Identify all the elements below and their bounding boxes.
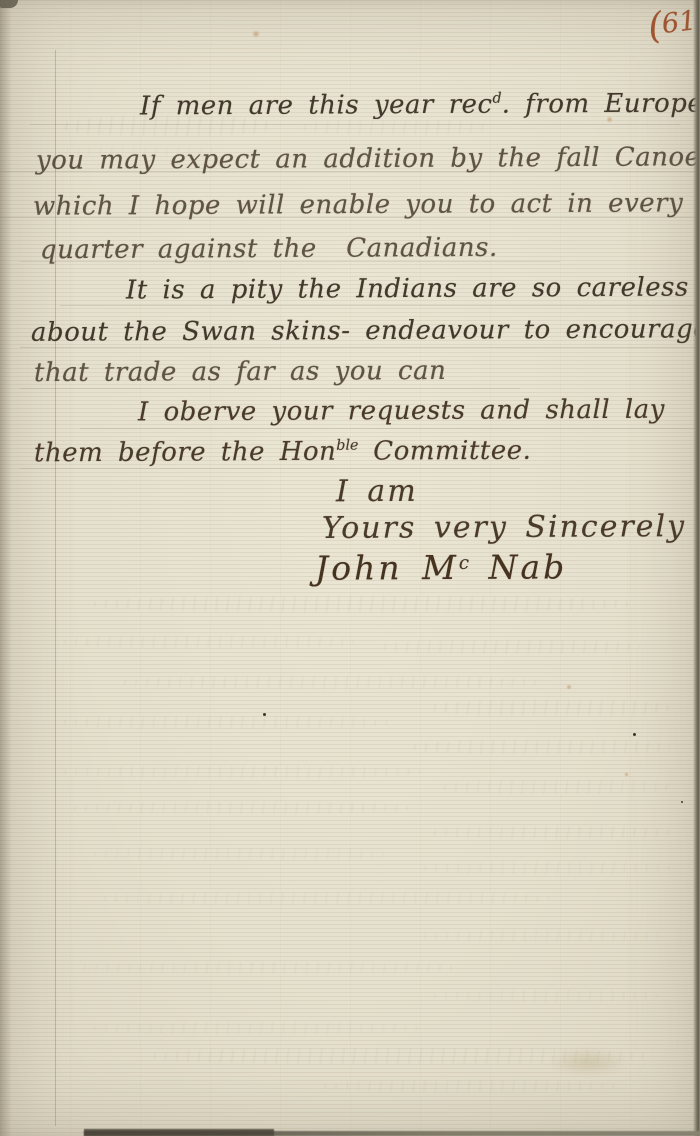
line-text: that trade as far as you can (34, 356, 446, 388)
line-text: John M (315, 548, 459, 588)
ink-bleedthrough (100, 892, 550, 905)
line-text: Yours very Sincerely (322, 509, 686, 546)
paper-smudge (548, 1048, 628, 1076)
closing-line: Yours very Sincerely (322, 512, 686, 544)
line-text: I am (336, 474, 418, 509)
page-edge-shadow-right (693, 0, 700, 1136)
ink-bleedthrough (60, 716, 390, 729)
page-edge-shadow-bottom-dark (84, 1129, 274, 1136)
baseline-rule (20, 468, 520, 469)
ink-bleedthrough (430, 826, 670, 839)
line-text: . from Europe (502, 89, 700, 120)
ink-bleedthrough (320, 1080, 620, 1092)
line-text: It is a pity the Indians are so careless (126, 273, 689, 306)
paper-speck (263, 713, 266, 716)
manuscript-page: (61 If men are this year recd. from Euro… (0, 0, 700, 1136)
ink-bleedthrough (410, 740, 670, 754)
line-text: about the Swan skins- endeavour to encou… (31, 314, 700, 348)
line-text: them before the Hon (34, 437, 336, 469)
ink-bleedthrough (60, 766, 420, 778)
line-text: quarter against the Canadians. (40, 233, 498, 265)
manuscript-line: It is a pity the Indians are so careless (126, 275, 689, 304)
foxing-spot (252, 30, 260, 38)
ink-bleedthrough (420, 930, 660, 942)
ink-bleedthrough (60, 636, 360, 648)
manuscript-line: quarter against the Canadians. (40, 235, 498, 263)
ink-bleedthrough (90, 848, 390, 860)
manuscript-line: that trade as far as you can (34, 358, 446, 386)
line-superscript: ble (336, 438, 358, 454)
paper-speck (633, 733, 636, 736)
manuscript-line: which I hope will enable you to act in e… (33, 190, 683, 219)
ink-bleedthrough (420, 862, 670, 874)
line-text: which I hope will enable you to act in e… (33, 188, 683, 221)
ink-bleedthrough (430, 990, 660, 1002)
line-superscript: d (492, 91, 501, 107)
paper-speck (681, 801, 683, 803)
ink-bleedthrough (300, 120, 490, 135)
manuscript-line: them before the Honble Committee. (34, 438, 532, 467)
page-edge-shadow-left (0, 0, 12, 1136)
manuscript-line: I oberve your requests and shall lay (138, 397, 665, 426)
baseline-rule (20, 388, 520, 389)
baseline-rule (80, 428, 700, 429)
manuscript-line: If men are this year recd. from Europe (140, 91, 700, 120)
foxing-spot (566, 684, 572, 690)
foxing-spot (624, 772, 629, 777)
ink-bleedthrough (380, 640, 640, 654)
line-text: Nab (469, 547, 567, 587)
closing-line: I am (336, 477, 418, 507)
ink-bleedthrough (80, 962, 460, 974)
ink-bleedthrough (90, 596, 630, 612)
page-number: (61 (646, 1, 699, 48)
line-text: Committee. (358, 436, 531, 467)
ink-bleedthrough (430, 700, 670, 716)
ink-bleedthrough (62, 146, 212, 156)
ink-bleedthrough (62, 116, 272, 136)
ink-bleedthrough (70, 802, 410, 814)
ink-bleedthrough (440, 780, 670, 794)
line-superscript: c (459, 553, 469, 574)
foxing-spot (606, 116, 613, 123)
manuscript-line: about the Swan skins- endeavour to encou… (31, 316, 700, 346)
signature-line: John Mc Nab (315, 550, 567, 584)
ink-bleedthrough (90, 1022, 420, 1034)
line-text: I oberve your requests and shall lay (138, 395, 665, 428)
ink-bleedthrough (120, 676, 540, 689)
